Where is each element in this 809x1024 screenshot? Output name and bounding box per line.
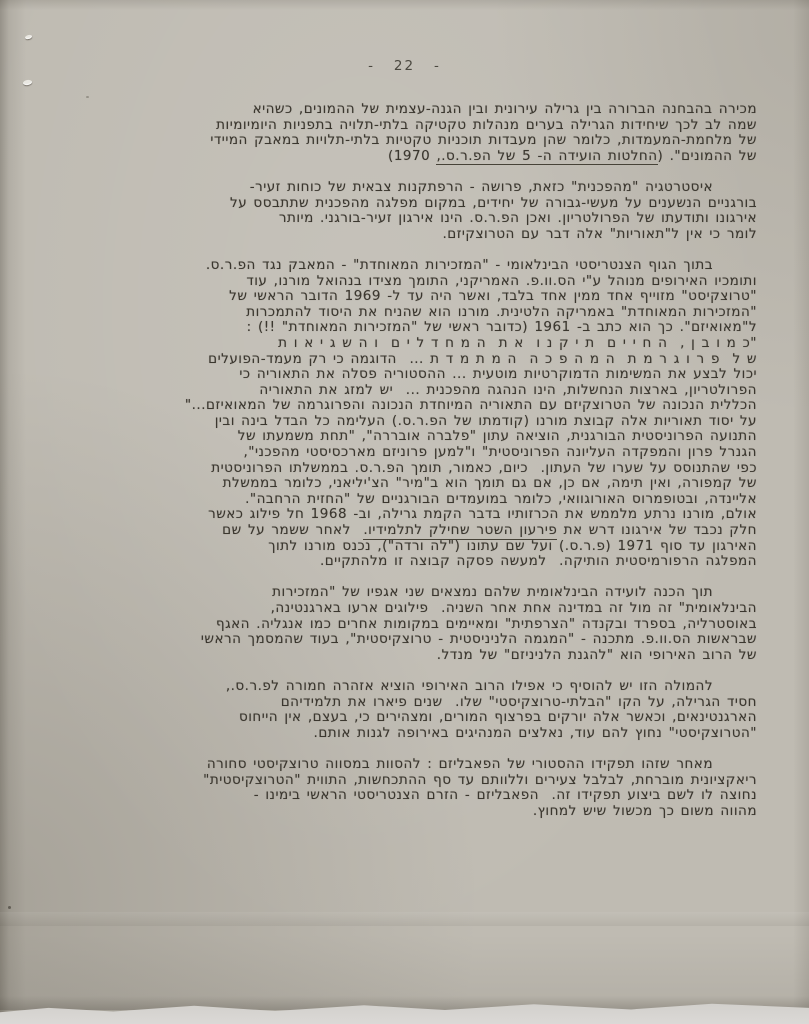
text-line: של הרוב האירופי הוא "להגנת הלניניזם" של … <box>67 648 757 664</box>
text-segment: לאחר ששמר על שם <box>222 522 363 538</box>
text-line: "הטרוצקיסטי" נחוץ להם עוד, נאלצים המנהיג… <box>67 726 757 742</box>
text-line: כפי שהתנוסס על שערו של העתון. כיום, כאמו… <box>67 461 757 477</box>
text-line: "טרוצקיסט" מזוייף אחד ממין אחד בלבד, ואש… <box>67 289 757 305</box>
text-line: ותומכיו האירופים מנוהל ע"י הס.וו.פ. האמר… <box>67 274 757 290</box>
text-line: חלק נכבד של אירגונו דרש את פירעון השטר ש… <box>67 523 757 539</box>
text-line: בתוך הגוף הצנטריסטי הבינלאומי - "המזכירו… <box>67 258 757 274</box>
text-line: אולם, מורנו נרתע מלממש את הכרזותיו בדבר … <box>67 507 757 523</box>
text-line: להמולה הזו יש להוסיף כי אפילו הרוב האירו… <box>67 679 757 695</box>
text-segment: חלק נכבד של אירגונו דרש את <box>557 522 757 538</box>
text-line: על יסוד תאוריות אלה קבוצת מורנו (קודמתו … <box>67 414 757 430</box>
text-line: שמה לב לכך שיחידות הגרילה בערים מנהלות ט… <box>67 118 757 134</box>
text-line: נחוצה לו לשם ביצוע תפקידו זה. הפאבליזם -… <box>67 788 757 804</box>
page-number: - 22 - <box>0 58 809 74</box>
text-line: שבראשות הס.וו.פ. מתכנה - "המגמה הלניניסט… <box>67 632 757 648</box>
underline-segment: החלטות הועידה ה- 5 של הפ.ר.ס., <box>436 148 657 166</box>
text-line: מכירה בהבחנה הברורה בין גרילה עירונית וב… <box>67 102 757 118</box>
text-line: אליינדה, ובטופמרוס האורוגוואי, כלומר במו… <box>67 492 757 508</box>
text-line: ש ל פ ר ו ג ר מ ת ה מ ה פ כ ה ה מ ת מ ד … <box>67 352 757 368</box>
text-line: המפלגה הרפורמיסטית הותיקה. למעשה פסקה קב… <box>67 554 757 570</box>
text-segment: של ההמונים". ( <box>658 148 757 164</box>
text-line: של מלחמת-המעמדות, כלומר שהן מעבדות תוכני… <box>67 133 757 149</box>
paragraph: איסטרטגיה "מהפכנית" כזאת, פרושה - הרפתקנ… <box>67 180 757 242</box>
text-segment: 1970) <box>388 148 436 164</box>
text-line: חסיד הגרילה, על הקו "הבלתי-טרוצקיסטי" של… <box>67 695 757 711</box>
text-line: הפרולטריון, בארצות הנחשלות, הינו הנהגה מ… <box>67 383 757 399</box>
text-line: האירגון עד סוף 1971 (פ.ר.ס.) ועל שם עתונ… <box>67 539 757 555</box>
text-line: ל"מאואיזם". כך הוא כתב ב- 1961 (כדובר רא… <box>67 320 757 336</box>
text-line: מהווה משום כך מכשול שיש למחוץ. <box>67 804 757 820</box>
text-line: מאחר שזהו תפקידו ההסטורי של הפאבליזם : ל… <box>67 757 757 773</box>
paper-speck <box>86 96 89 98</box>
text-line: בורגניים הנשענים על מעשי-גבורה של יחידים… <box>67 196 757 212</box>
paper-crease <box>0 912 809 926</box>
scanned-page: - 22 - מכירה בהבחנה הברורה בין גרילה עיר… <box>0 0 809 1024</box>
text-line: לומר כי אין ל"תאוריות" אלה דבר עם הטרוצק… <box>67 227 757 243</box>
text-line: התנועה הפרוניסטית הבורגנית, הוציאה עתון … <box>67 429 757 445</box>
staple-hole <box>25 34 33 40</box>
paragraph: מכירה בהבחנה הברורה בין גרילה עירונית וב… <box>67 102 757 164</box>
text-line: הארגנטינאים, וכאשר אלה יורקים בפרצוף המו… <box>67 710 757 726</box>
text-line: של ההמונים". (החלטות הועידה ה- 5 של הפ.ר… <box>67 149 757 165</box>
paragraph: בתוך הגוף הצנטריסטי הבינלאומי - "המזכירו… <box>67 258 757 570</box>
paragraph: תוך הכנה לועידה הבינלאומית שלהם נמצאים ש… <box>67 585 757 663</box>
text-line: הגנרל פרון והמפקדה העליונה הפרוניסטית" ו… <box>67 445 757 461</box>
text-line: תוך הכנה לועידה הבינלאומית שלהם נמצאים ש… <box>67 585 757 601</box>
text-line: של קמפורה, ואין תימה, אם כן, אם גם תומך … <box>67 476 757 492</box>
text-line: איסטרטגיה "מהפכנית" כזאת, פרושה - הרפתקנ… <box>67 180 757 196</box>
text-line: באוסטרליה, בספרד ובקנדה "הצרפתית" ומאיימ… <box>67 617 757 633</box>
text-line: יכול לבצע את המשימות הדמוקרטיות מוטעית .… <box>67 367 757 383</box>
text-line: "המזכירות המאוחדת" באמריקה הלטינית. מורנ… <box>67 305 757 321</box>
paragraph: מאחר שזהו תפקידו ההסטורי של הפאבליזם : ל… <box>67 757 757 819</box>
paragraph: להמולה הזו יש להוסיף כי אפילו הרוב האירו… <box>67 679 757 741</box>
text-line: "כ מ ו ב ן , ה ח י י ם ת י ק נ ו א ת ה מ… <box>67 336 757 352</box>
document-text: מכירה בהבחנה הברורה בין גרילה עירונית וב… <box>67 102 757 819</box>
text-line: ריאקציונית מוברחת, לבלבל צעירים וללוותם … <box>67 773 757 789</box>
text-line: אירגונו ותודעתו של הפרולטריון. ואכן הפ.ר… <box>67 211 757 227</box>
paper-speck <box>8 906 11 909</box>
staple-hole <box>23 79 33 85</box>
text-line: הכללית הנכונה של הטרוצקיזם עם התאוריה המ… <box>67 398 757 414</box>
text-line: הבינלאומית" זה מול זה במדינה אחת אחר השנ… <box>67 601 757 617</box>
underline-segment: פירעון השטר שחילק לתלמידיו. <box>363 522 557 540</box>
